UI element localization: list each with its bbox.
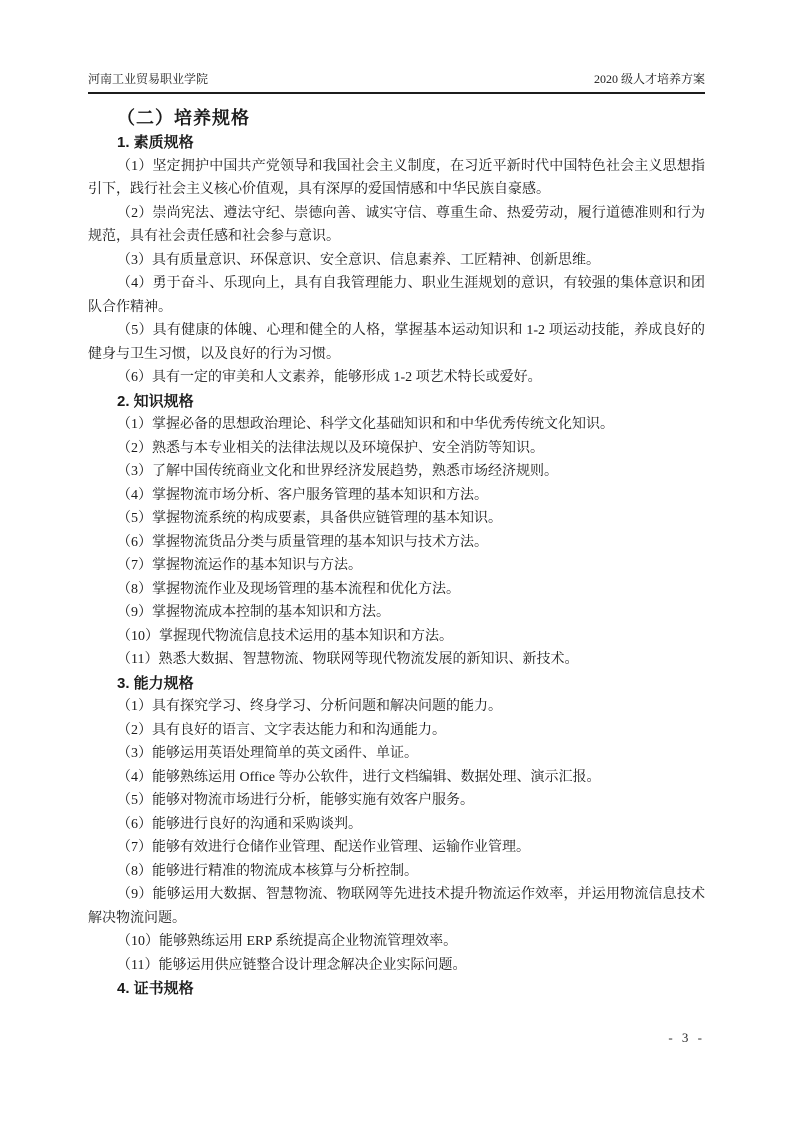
- spec-item: （2）具有良好的语言、文字表达能力和和沟通能力。: [88, 719, 705, 743]
- spec-item: （3）能够运用英语处理简单的英文函件、单证。: [88, 742, 705, 766]
- spec-item: （4）掌握物流市场分析、客户服务管理的基本知识和方法。: [88, 484, 705, 508]
- spec-item: （7）能够有效进行仓储作业管理、配送作业管理、运输作业管理。: [88, 836, 705, 860]
- spec-item: （5）掌握物流系统的构成要素，具备供应链管理的基本知识。: [88, 507, 705, 531]
- spec-item: （9）能够运用大数据、智慧物流、物联网等先进技术提升物流运作效率，并运用物流信息…: [88, 883, 705, 930]
- spec-item: （8）能够进行精准的物流成本核算与分析控制。: [88, 860, 705, 884]
- spec-item: （6）能够进行良好的沟通和采购谈判。: [88, 813, 705, 837]
- spec-item: （11）能够运用供应链整合设计理念解决企业实际问题。: [88, 954, 705, 978]
- spec-item: （3）了解中国传统商业文化和世界经济发展趋势，熟悉市场经济规则。: [88, 460, 705, 484]
- spec-item: （6）具有一定的审美和人文素养，能够形成 1-2 项艺术特长或爱好。: [88, 366, 705, 390]
- page-number: - 3 -: [668, 1030, 705, 1046]
- spec-item: （5）能够对物流市场进行分析，能够实施有效客户服务。: [88, 789, 705, 813]
- spec-item: （3）具有质量意识、环保意识、安全意识、信息素养、工匠精神、创新思维。: [88, 249, 705, 273]
- document-page: 河南工业贸易职业学院 2020 级人才培养方案 （二）培养规格 1. 素质规格 …: [0, 0, 793, 1122]
- subsection-heading-ability: 3. 能力规格: [88, 672, 705, 696]
- spec-item: （7）掌握物流运作的基本知识与方法。: [88, 554, 705, 578]
- spec-item: （1）掌握必备的思想政治理论、科学文化基础知识和和中华优秀传统文化知识。: [88, 413, 705, 437]
- spec-item: （11）熟悉大数据、智慧物流、物联网等现代物流发展的新知识、新技术。: [88, 648, 705, 672]
- spec-item: （4）能够熟练运用 Office 等办公软件，进行文档编辑、数据处理、演示汇报。: [88, 766, 705, 790]
- spec-item: （9）掌握物流成本控制的基本知识和方法。: [88, 601, 705, 625]
- spec-item: （1）具有探究学习、终身学习、分析问题和解决问题的能力。: [88, 695, 705, 719]
- page-header: 河南工业贸易职业学院 2020 级人才培养方案: [88, 0, 705, 94]
- spec-item: （10）掌握现代物流信息技术运用的基本知识和方法。: [88, 625, 705, 649]
- spec-item: （2）熟悉与本专业相关的法律法规以及环境保护、安全消防等知识。: [88, 437, 705, 461]
- page-content: 河南工业贸易职业学院 2020 级人才培养方案 （二）培养规格 1. 素质规格 …: [88, 0, 705, 1001]
- spec-item: （10）能够熟练运用 ERP 系统提高企业物流管理效率。: [88, 930, 705, 954]
- spec-item: （1）坚定拥护中国共产党领导和我国社会主义制度，在习近平新时代中国特色社会主义思…: [88, 155, 705, 202]
- spec-item: （5）具有健康的体魄、心理和健全的人格，掌握基本运动知识和 1-2 项运动技能，…: [88, 319, 705, 366]
- spec-item: （8）掌握物流作业及现场管理的基本流程和优化方法。: [88, 578, 705, 602]
- header-school-name: 河南工业贸易职业学院: [88, 71, 208, 87]
- spec-item: （2）崇尚宪法、遵法守纪、崇德向善、诚实守信、尊重生命、热爱劳动，履行道德准则和…: [88, 202, 705, 249]
- subsection-heading-quality: 1. 素质规格: [88, 131, 705, 155]
- header-doc-title: 2020 级人才培养方案: [594, 71, 705, 87]
- spec-item: （6）掌握物流货品分类与质量管理的基本知识与技术方法。: [88, 531, 705, 555]
- section-title: （二）培养规格: [88, 106, 705, 131]
- subsection-heading-knowledge: 2. 知识规格: [88, 390, 705, 414]
- subsection-heading-certificate: 4. 证书规格: [88, 977, 705, 1001]
- spec-item: （4）勇于奋斗、乐现向上，具有自我管理能力、职业生涯规划的意识，有较强的集体意识…: [88, 272, 705, 319]
